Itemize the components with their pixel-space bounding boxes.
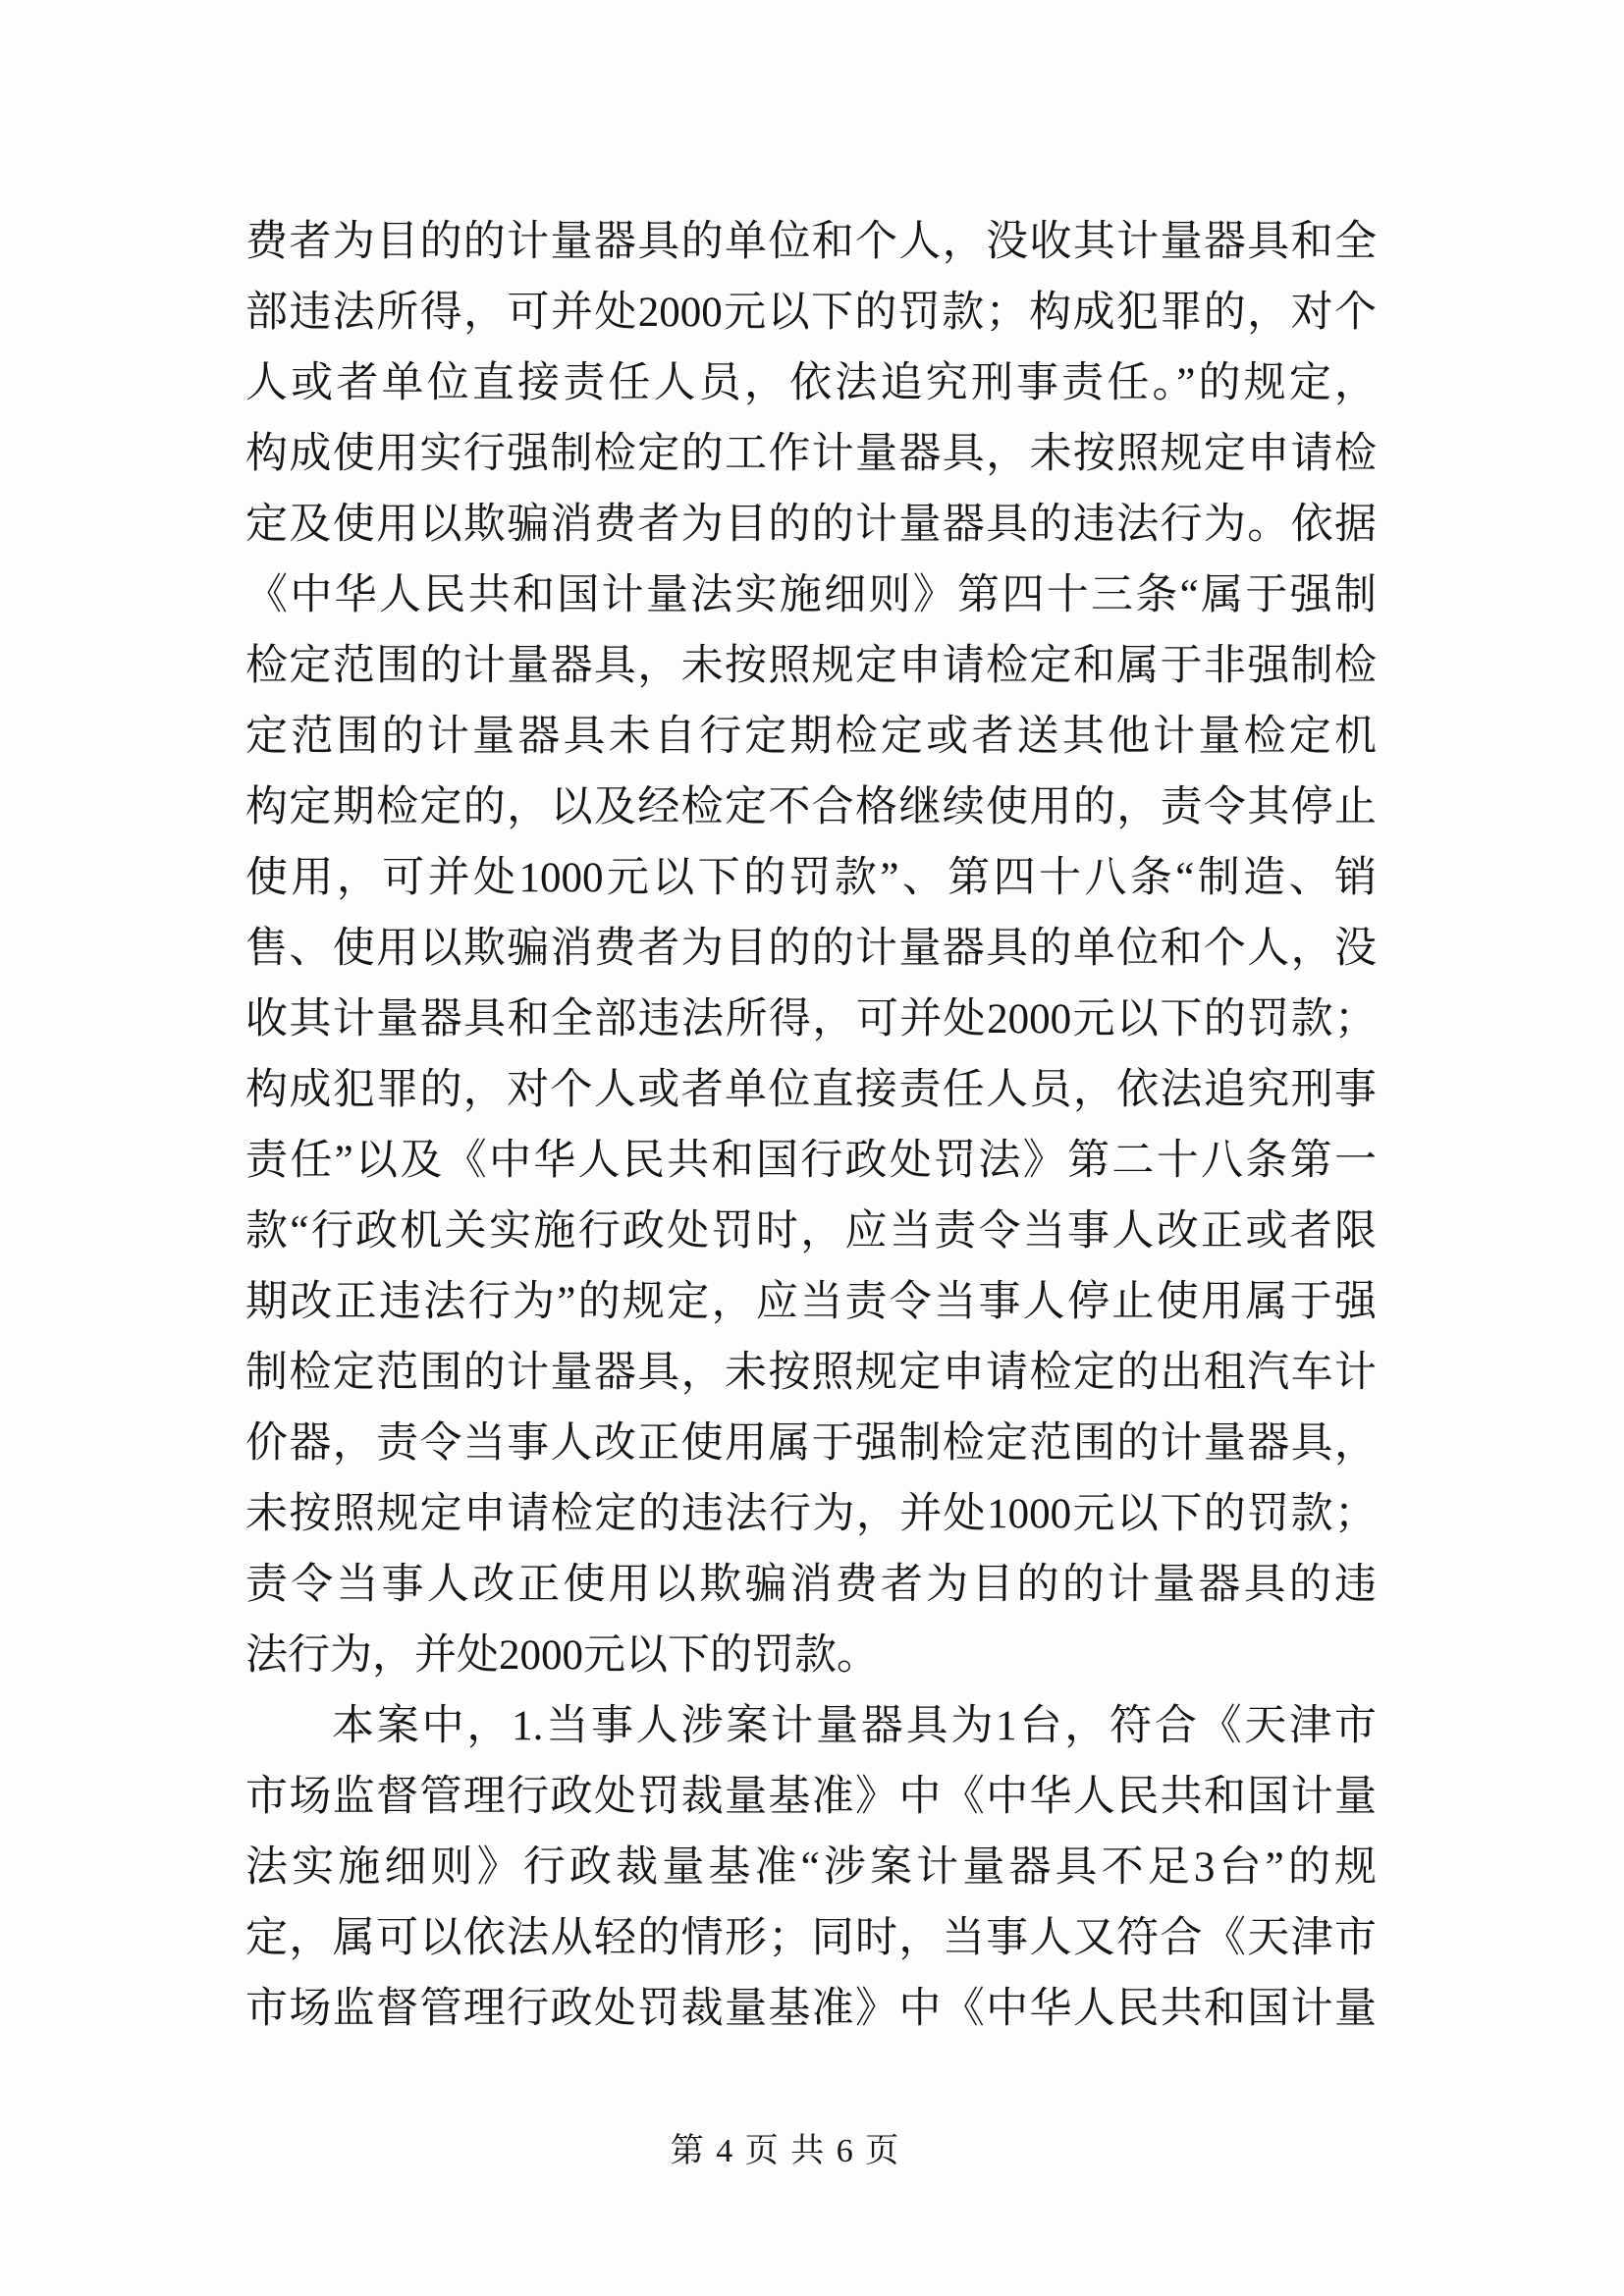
text-line: 定及使用以欺骗消费者为目的的计量器具的违法行为。依据 [245,490,1377,561]
text-line-paragraph-end: 法行为，并处2000元以下的罚款。 [245,1621,1377,1691]
text-line: 款“行政机关实施行政处罚时，应当责令当事人改正或者限 [245,1197,1377,1267]
text-line: 售、使用以欺骗消费者为目的的计量器具的单位和个人，没 [245,914,1377,985]
text-line: 责令当事人改正使用以欺骗消费者为目的的计量器具的违 [245,1550,1377,1621]
text-line: 部违法所得，可并处2000元以下的罚款；构成犯罪的，对个 [245,278,1377,348]
text-line: 价器，责令当事人改正使用属于强制检定范围的计量器具， [245,1409,1377,1479]
text-line: 责任”以及《中华人民共和国行政处罚法》第二十八条第一 [245,1126,1377,1197]
text-line: 人或者单位直接责任人员，依法追究刑事责任。”的规定， [245,348,1377,419]
text-line: 费者为目的的计量器具的单位和个人，没收其计量器具和全 [245,207,1377,278]
text-line: 制检定范围的计量器具，未按照规定申请检定的出租汽车计 [245,1338,1377,1409]
text-line: 法实施细则》行政裁量基准“涉案计量器具不足3台”的规 [245,1833,1377,1903]
text-line: 定，属可以依法从轻的情形；同时，当事人又符合《天津市 [245,1903,1377,1974]
text-line: 期改正违法行为”的规定，应当责令当事人停止使用属于强 [245,1267,1377,1338]
text-line: 检定范围的计量器具，未按照规定申请检定和属于非强制检 [245,631,1377,702]
text-line: 使用，可并处1000元以下的罚款”、第四十八条“制造、销 [245,843,1377,914]
text-line: 《中华人民共和国计量法实施细则》第四十三条“属于强制 [245,561,1377,631]
text-line: 未按照规定申请检定的违法行为，并处1000元以下的罚款； [245,1479,1377,1550]
text-line: 构定期检定的，以及经检定不合格继续使用的，责令其停止 [245,773,1377,843]
document-body: 费者为目的的计量器具的单位和个人，没收其计量器具和全 部违法所得，可并处2000… [245,207,1377,2045]
text-line: 市场监督管理行政处罚裁量基准》中《中华人民共和国计量 [245,1762,1377,1833]
text-line-paragraph-start: 本案中，1.当事人涉案计量器具为1台，符合《天津市 [245,1691,1377,1762]
text-line: 市场监督管理行政处罚裁量基准》中《中华人民共和国计量 [245,1974,1377,2045]
text-line: 收其计量器具和全部违法所得，可并处2000元以下的罚款； [245,985,1377,1055]
page-footer: 第 4 页 共 6 页 [0,2128,1571,2175]
text-line: 定范围的计量器具未自行定期检定或者送其他计量检定机 [245,702,1377,773]
text-line: 构成使用实行强制检定的工作计量器具，未按照规定申请检 [245,419,1377,490]
document-page: 费者为目的的计量器具的单位和个人，没收其计量器具和全 部违法所得，可并处2000… [0,0,1624,2296]
text-line: 构成犯罪的，对个人或者单位直接责任人员，依法追究刑事 [245,1055,1377,1126]
